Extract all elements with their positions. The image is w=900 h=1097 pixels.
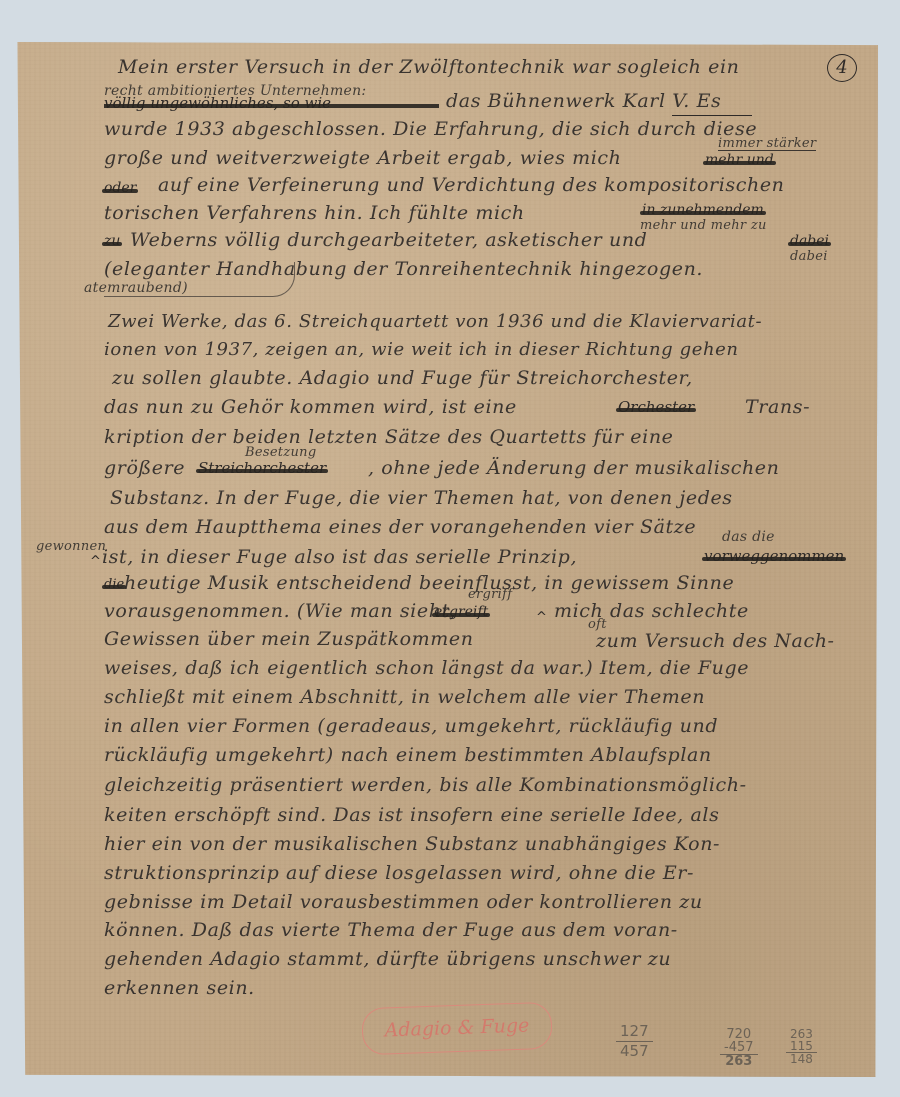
insertion-atemraubend: atemraubend) [84,281,188,295]
struck-text: vorweggenommen [704,549,844,564]
text-line: aus dem Hauptthema eines der vorangehend… [104,518,696,537]
calc-a-top: 127 [616,1022,653,1042]
struck-text: Orchester [618,400,694,415]
text-line: Trans- [745,398,810,417]
text-line: vorausgenommen. (Wie man sieht, [104,602,456,621]
page-number: 4 [827,54,857,82]
text-line: Mein erster Versuch in der Zwölftontechn… [118,58,740,77]
red-annotation-stamp: Adagio & Fuge [361,1002,553,1056]
insertion-caret: ^ [536,610,547,625]
pencil-calculation-a: 127 457 [616,1022,653,1061]
text-line: das nun zu Gehör kommen wird, ist eine [104,398,517,417]
text-line: erkennen sein. [104,979,255,998]
text-line: größere [104,459,185,478]
text-fragment: auf eine Verfeinerung und Verdichtung de… [158,174,785,196]
insertion-ergriff: ergriff [468,588,512,601]
text-line: große und weitverzweigte Arbeit ergab, w… [104,149,621,168]
struck-text: völlig ungewöhnliches, so wie [104,96,439,111]
text-line: , ohne jede Änderung der musikalischen [368,459,780,478]
insertion-caret: ^ [90,554,101,569]
text-line: zu sollen glaubte. Adagio und Fuge für S… [112,369,693,388]
calc-b-result: 263 [720,1055,758,1068]
text-line: in allen vier Formen (geradeaus, umgekeh… [104,717,718,736]
text-line: mich das schlechte [554,602,749,621]
struck-text: in zunehmendem [642,203,764,217]
insertion-immer-staerker: immer stärker [718,137,816,151]
text-line: Substanz. In der Fuge, die vier Themen h… [110,489,733,508]
text-line: das Bühnenwerk Karl V. Es [446,92,721,111]
text-line: Gewissen über mein Zuspätkommen [104,630,474,649]
text-line: hier ein von der musikalischen Substanz … [104,835,720,854]
text-line: weises, daß ich eigentlich schon längst … [104,659,749,678]
text-fragment: das Bühnenwerk Karl V. Es [446,90,721,112]
text-line: ionen von 1937, zeigen an, wie weit ich … [104,341,739,359]
text-line: zum Versuch des Nach- [596,632,835,651]
pencil-calculation-b: 720 -457 263 [720,1028,758,1068]
text-line: rückläufig umgekehrt) nach einem bestimm… [104,746,712,765]
text-line: schließt mit einem Abschnitt, in welchem… [104,688,705,707]
text-line: wurde 1933 abgeschlossen. Die Erfahrung,… [104,120,757,139]
struck-text: oder [104,181,136,195]
text-line: können. Daß das vierte Thema der Fuge au… [104,921,678,940]
text-line: auf eine Verfeinerung und Verdichtung de… [158,176,785,195]
insertion-besetzung: Besetzung [245,446,316,459]
struck-text: zu [104,234,120,248]
calc-b-middle: -457 [720,1041,758,1055]
struck-text: dabei [790,234,829,248]
text-line: torischen Verfahrens hin. Ich fühlte mic… [104,204,525,223]
text-line: Zwei Werke, das 6. Streichquartett von 1… [108,313,762,331]
calc-c-result: 148 [786,1053,817,1065]
text-line: gleichzeitig präsentiert werden, bis all… [104,776,747,795]
insertion-das-die: das die [722,530,775,544]
struck-text: Streichorchester [198,461,326,476]
text-line: gehenden Adagio stammt, dürfte übrigens … [104,950,671,969]
text-line: ist, in dieser Fuge also ist das seriell… [102,548,577,567]
karl-v-underline [672,115,752,116]
struck-text: die [104,578,124,591]
text-line: heutige Musik entscheidend beeinflusst, … [124,574,734,593]
text-line: keiten erschöpft sind. Das ist insofern … [104,806,719,825]
insertion-gewonnen: gewonnen [36,540,106,553]
calc-a-bottom: 457 [616,1042,653,1061]
insertion-dabei: dabei [790,250,828,263]
text-line: kription der beiden letzten Sätze des Qu… [104,428,674,447]
text-line: gebnisse im Detail vorausbestimmen oder … [104,893,703,912]
text-line: Weberns völlig durchgearbeiteter, asketi… [130,231,647,250]
struck-text: ergreift [434,605,488,619]
text-line: struktionsprinzip auf diese losgelassen … [104,864,694,883]
insertion-mehr-und-mehr: mehr und mehr zu [640,219,767,232]
pencil-calculation-c: 263 115 148 [786,1028,817,1065]
struck-text: mehr und [705,153,774,167]
